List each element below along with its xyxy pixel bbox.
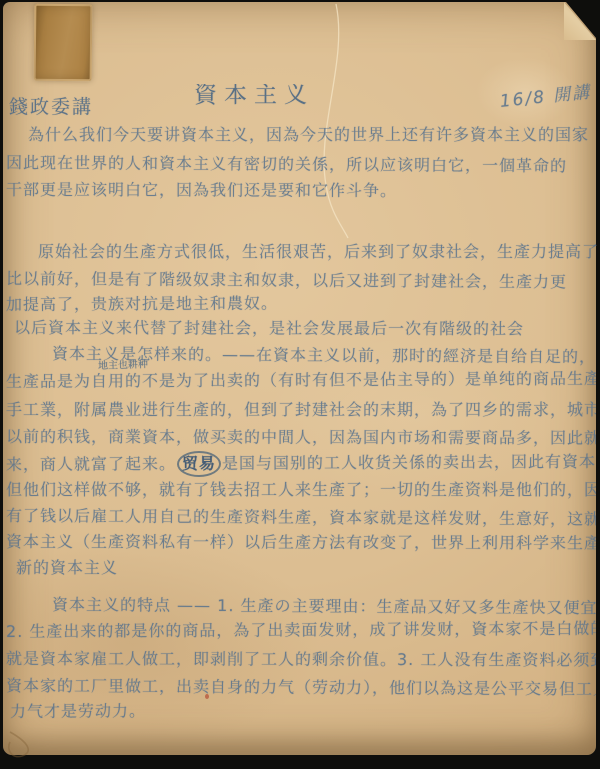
- manuscript-line: 為什么我们今天要讲資本主义，因為今天的世界上还有许多資本主义的国家: [28, 124, 589, 146]
- manuscript-line: 因此现在世界的人和資本主义有密切的关係，所以应该明白它，一個革命的: [6, 152, 596, 178]
- manuscript-line: 生產品是为自用的不是为了出卖的（有时有但不是佔主导的）是单纯的商品生產——: [6, 368, 596, 393]
- manuscript-line: 以后資本主义来代替了封建社会，是社会发展最后一次有階级的社会: [14, 317, 524, 340]
- manuscript-line: 加提高了，贵族对抗是地主和農奴。: [6, 291, 596, 316]
- manuscript-line: 比以前好，但是有了階级奴隶主和奴隶，以后又进到了封建社会，生產力更: [6, 268, 596, 294]
- manuscript-line: 力气才是劳动力。: [10, 700, 146, 723]
- page-title: 資本主义: [194, 84, 314, 106]
- line-pre-text: 来，商人就富了起来。: [6, 454, 176, 474]
- manuscript-line: 新的資本主义: [16, 557, 118, 579]
- circled-word: 贸易: [177, 451, 221, 477]
- manuscript-line: 有了钱以后雇工人用自己的生產资料生產，資本家就是这样发财，生意好，这就是使人: [6, 505, 596, 531]
- corner-fold: [564, 2, 596, 40]
- manuscript-line: 手工業，附属農业进行生產的，但到了封建社会的末期，為了四乡的需求，城市中有些人把: [6, 399, 596, 421]
- lecturer-name: 錢政委講: [9, 96, 93, 118]
- manuscript-line: 資本主义的特点 —— 1. 生產の主要理由：生產品又好又多生產快又便宜: [52, 594, 598, 619]
- scanned-page: 錢政委講 資本主义 16/8 開講 地主也耕种 為什么我们今天要讲資本主义，因為…: [0, 0, 600, 769]
- line-post-text: 是国与国别的工人收货关係的卖出去，因此有資本家的发展: [222, 452, 596, 473]
- manuscript-line: 資本家的工厂里做工，出卖自身的力气（劳动力），他们以為这是公平交易但工人除了力气…: [6, 675, 596, 701]
- manuscript-line: 資本主义（生產资料私有一样）以后生產方法有改变了，世界上利用科学来生產这就是: [6, 531, 596, 555]
- manuscript-line: 但他们这样做不够，就有了钱去招工人来生產了；一切的生產资料是他们的，因为: [6, 479, 596, 501]
- manuscript-line: 干部更是应该明白它，因為我们还是要和它作斗争。: [6, 179, 596, 203]
- manuscript-line: 原始社会的生產方式很低，生活很艰苦，后来到了奴隶社会，生產力提高了: [38, 241, 599, 263]
- manuscript-line: 資本主义是怎样来的。——在資本主义以前，那时的經济是自给自足的，: [52, 343, 596, 368]
- manuscript-line: 就是資本家雇工人做工，即剥削了工人的剩余价值。3. 工人没有生產资料必须到: [6, 648, 596, 672]
- manuscript-line: 来，商人就富了起来。贸易是国与国别的工人收货关係的卖出去，因此有資本家的发展: [6, 449, 596, 478]
- tape-patch: [34, 4, 93, 82]
- ink-blemish: [205, 694, 209, 699]
- manuscript-line: 以前的积钱，商業資本，做买卖的中間人，因為国内市场和需要商品多，因此就大起: [6, 426, 596, 450]
- manuscript-line: 2. 生產出来的都是你的商品，為了出卖面发财，成了讲发财，資本家不是白做的，也是…: [6, 618, 596, 643]
